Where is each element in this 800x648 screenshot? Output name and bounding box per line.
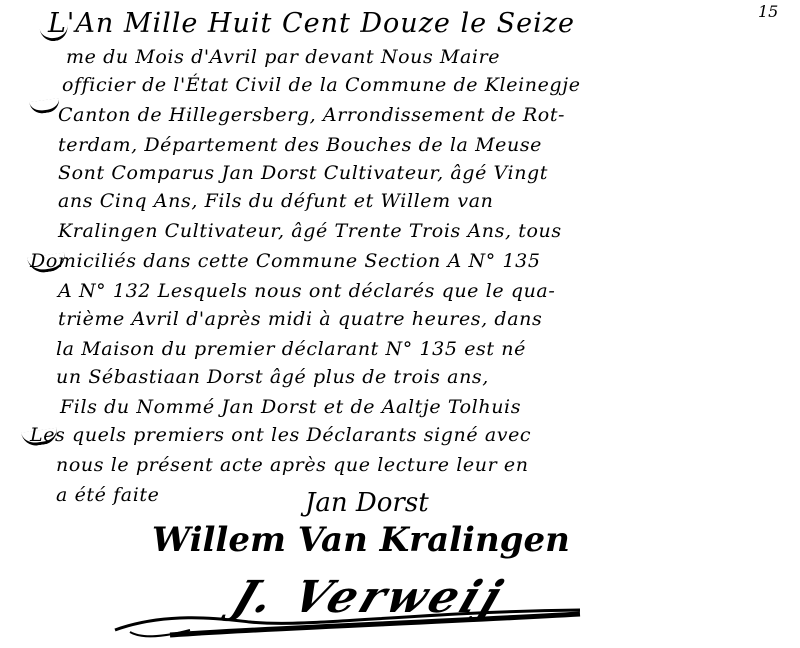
text-line-9: Domiciliés dans cette Commune Section A … (30, 250, 541, 272)
text-line-11: trième Avril d'après midi à quatre heure… (58, 308, 542, 330)
text-line-10: A N° 132 Lesquels nous ont déclarés que … (58, 280, 555, 302)
text-line-7: ans Cinq Ans, Fils du défunt et Willem v… (58, 190, 494, 212)
text-line-1: L'An Mille Huit Cent Douze le Seize (48, 8, 575, 39)
text-line-13: un Sébastiaan Dorst âgé plus de trois an… (56, 366, 489, 388)
text-line-2: me du Mois d'Avril par devant Nous Maire (66, 46, 500, 68)
text-line-4: Canton de Hillegersberg, Arrondissement … (58, 104, 565, 126)
text-line-12: la Maison du premier déclarant N° 135 es… (56, 338, 526, 360)
document-scan: 15 L'An Mille Huit Cent Douze le Seize m… (0, 0, 800, 648)
signature-swash-icon (110, 600, 590, 640)
text-line-6: Sont Comparus Jan Dorst Cultivateur, âgé… (58, 162, 548, 184)
text-line-3: officier de l'État Civil de la Commune d… (62, 74, 581, 96)
signature-jan-dorst: Jan Dorst (305, 488, 429, 518)
text-line-17: a été faite (56, 484, 159, 506)
signature-willem-van-kralingen: Willem Van Kralingen (152, 520, 570, 560)
text-line-15: Les quels premiers ont les Déclarants si… (30, 424, 531, 446)
text-line-16: nous le présent acte après que lecture l… (56, 454, 529, 476)
text-line-5: terdam, Département des Bouches de la Me… (58, 134, 542, 156)
margin-flourish-canton (29, 98, 61, 115)
text-line-8: Kralingen Cultivateur, âgé Trente Trois … (58, 220, 562, 242)
text-line-14: Fils du Nommé Jan Dorst et de Aaltje Tol… (60, 396, 521, 418)
page-number: 15 (758, 2, 778, 21)
